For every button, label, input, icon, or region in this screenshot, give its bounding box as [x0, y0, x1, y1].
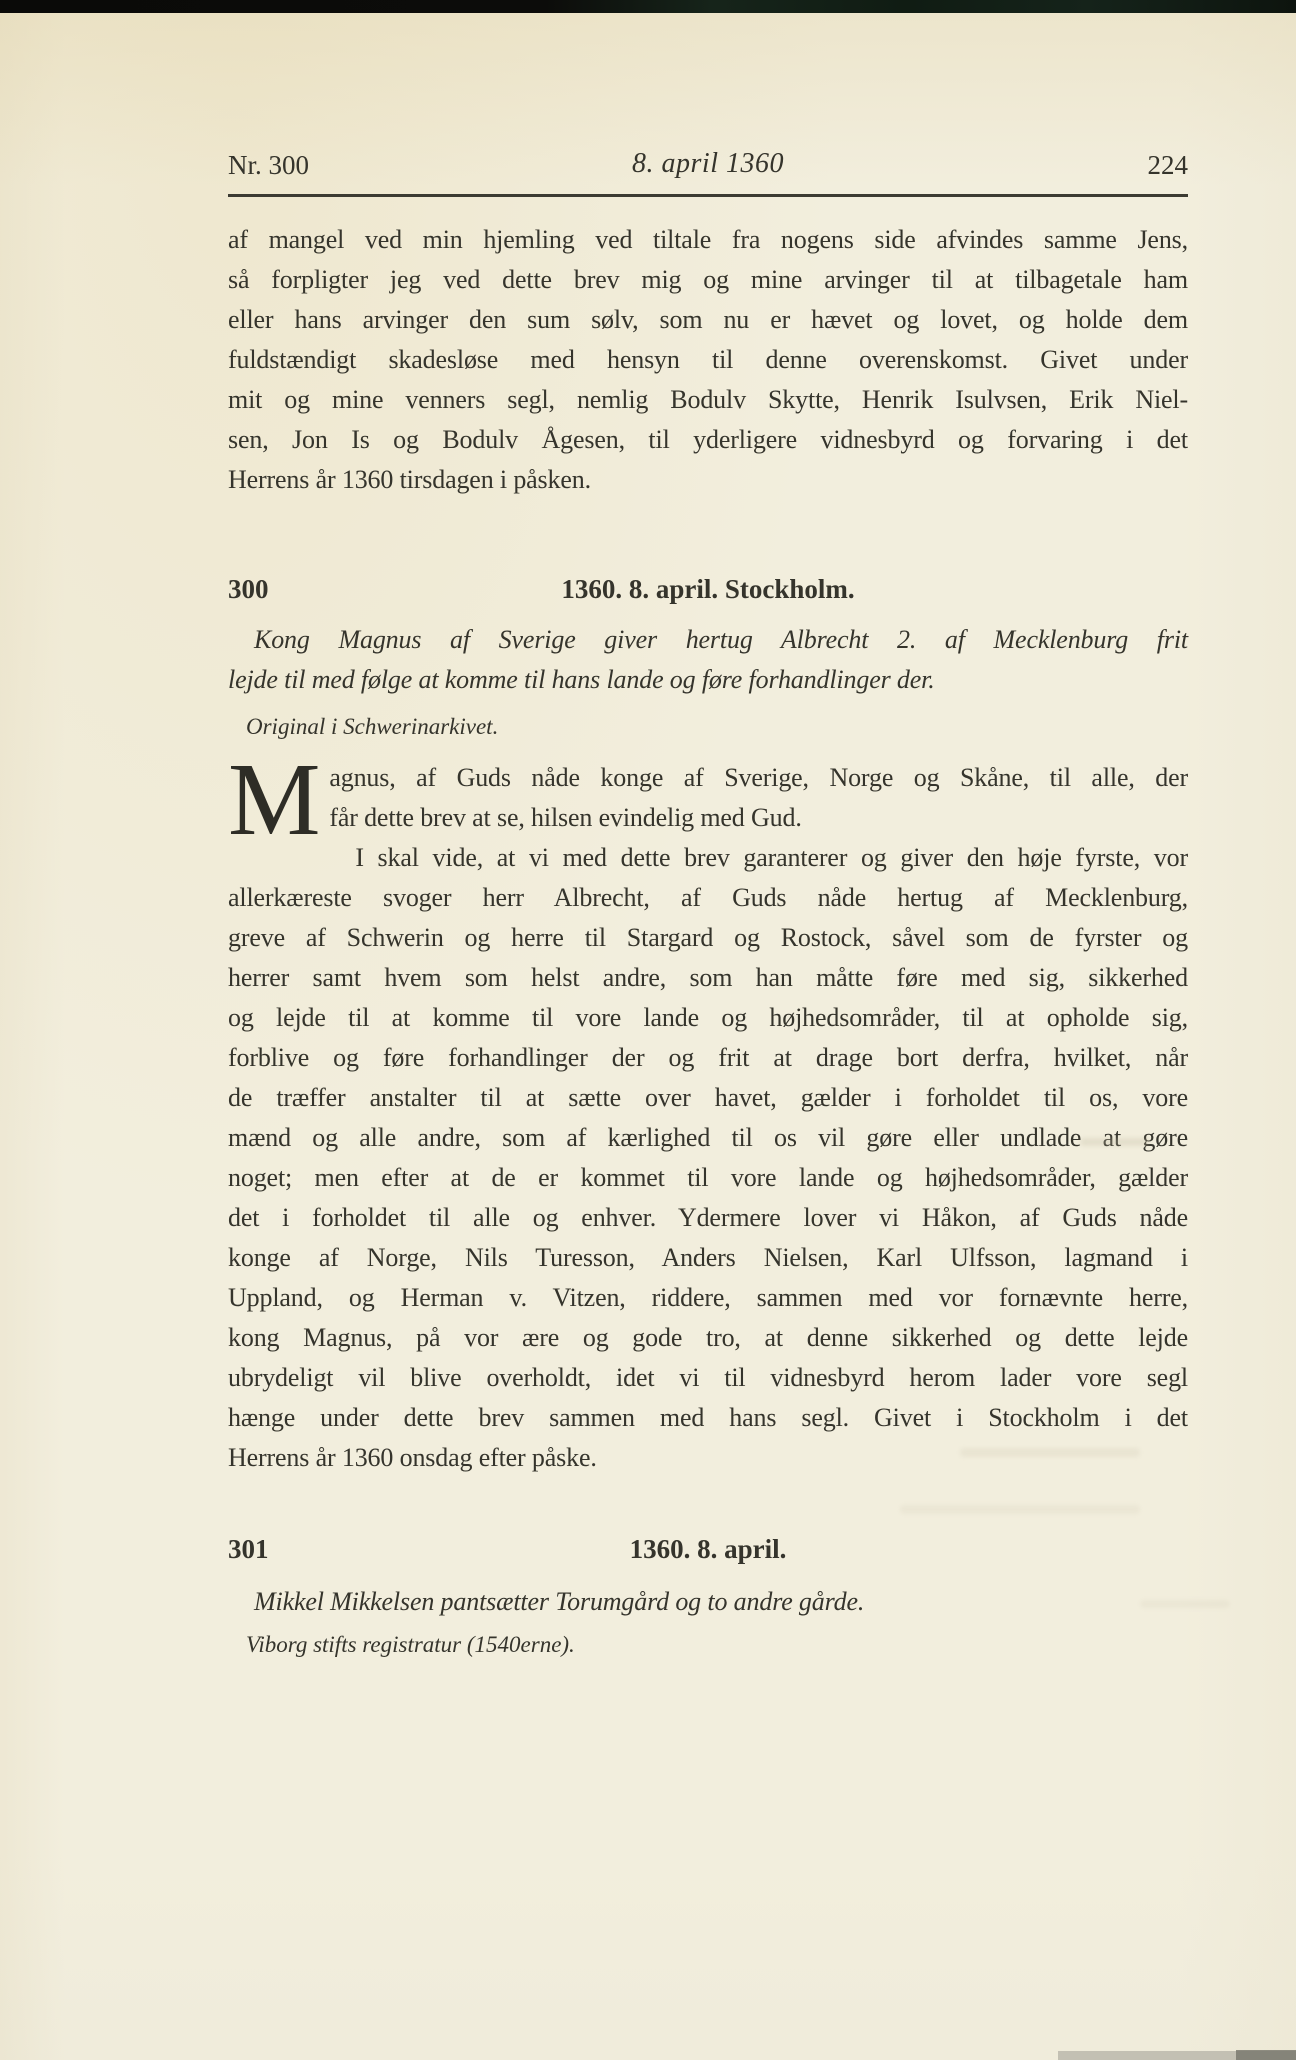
entry-300-date-place: 1360. 8. april. Stockholm. — [228, 574, 1188, 605]
entry-301-heading: 301 1360. 8. april. — [228, 1534, 1188, 1574]
text-line: I skal vide, at vi med dette brev garant… — [228, 838, 1188, 878]
entry-300-source-note: Original i Schwerinarkivet. — [228, 712, 1188, 742]
bleed-through-mark — [900, 1505, 1140, 1514]
text-line: allerkæreste svoger herr Albrecht, af Gu… — [228, 878, 1188, 918]
text-line: Herrens år 1360 tirsdagen i påsken. — [228, 460, 1188, 500]
entry-301-summary: Mikkel Mikkelsen pantsætter Torumgård og… — [228, 1582, 1188, 1622]
bleed-through-mark — [960, 1448, 1140, 1457]
running-header: Nr. 300 8. april 1360 224 — [228, 150, 1188, 188]
text-line: får dette brev at se, hilsen evindelig m… — [228, 798, 1188, 838]
entry-301-date: 1360. 8. april. — [228, 1534, 1188, 1565]
header-date: 8. april 1360 — [632, 148, 784, 180]
text-line: fuldstændigt skadesløse med hensyn til d… — [228, 340, 1188, 380]
scan-edge-bottom-dark — [1236, 2050, 1296, 2060]
header-entry-number: Nr. 300 — [228, 150, 309, 181]
text-line: eller hans arvinger den sum sølv, som nu… — [228, 300, 1188, 340]
text-line: agnus, af Guds nåde konge af Sverige, No… — [228, 758, 1188, 798]
entry-300-heading: 300 1360. 8. april. Stockholm. — [228, 574, 1188, 614]
bleed-through-mark — [1080, 1138, 1150, 1146]
text-line: det i forholdet til alle og enhver. Yder… — [228, 1198, 1188, 1238]
text-line: herrer samt hvem som helst andre, som ha… — [228, 958, 1188, 998]
text-line: af mangel ved min hjemling ved tiltale f… — [228, 220, 1188, 260]
bleed-through-mark — [1140, 1600, 1230, 1608]
text-line: Uppland, og Herman v. Vitzen, riddere, s… — [228, 1278, 1188, 1318]
text-line: greve af Schwerin og herre til Stargard … — [228, 918, 1188, 958]
header-rule — [228, 194, 1188, 197]
text-line: forblive og føre forhandlinger der og fr… — [228, 1038, 1188, 1078]
text-line: mit og mine venners segl, nemlig Bodulv … — [228, 380, 1188, 420]
dropcap-initial: M — [228, 760, 329, 840]
continuation-paragraph: af mangel ved min hjemling ved tiltale f… — [228, 220, 1188, 500]
text-line: så forpligter jeg ved dette brev mig og … — [228, 260, 1188, 300]
entry-300-number: 300 — [228, 574, 269, 605]
text-line: ubrydeligt vil blive overholdt, idet vi … — [228, 1358, 1188, 1398]
text-line: og lejde til at komme til vore lande og … — [228, 998, 1188, 1038]
text-line: hænge under dette brev sammen med hans s… — [228, 1398, 1188, 1438]
text-line: noget; men efter at de er kommet til vor… — [228, 1158, 1188, 1198]
scanned-book-page: Nr. 300 8. april 1360 224 af mangel ved … — [0, 0, 1296, 2060]
text-line: Kong Magnus af Sverige giver hertug Albr… — [228, 620, 1188, 660]
header-page-number: 224 — [1148, 150, 1189, 181]
text-line: kong Magnus, på vor ære og gode tro, at … — [228, 1318, 1188, 1358]
entry-300-summary: Kong Magnus af Sverige giver hertug Albr… — [228, 620, 1188, 700]
text-line: lejde til med følge at komme til hans la… — [228, 660, 1188, 700]
entry-301-number: 301 — [228, 1534, 269, 1565]
text-line: sen, Jon Is og Bodulv Ågesen, til yderli… — [228, 420, 1188, 460]
text-line: Herrens år 1360 onsdag efter påske. — [228, 1438, 1188, 1478]
entry-301-source-note: Viborg stifts registratur (1540erne). — [228, 1630, 1188, 1660]
text-line: de træffer anstalter til at sætte over h… — [228, 1078, 1188, 1118]
entry-300-body: M agnus, af Guds nåde konge af Sverige, … — [228, 758, 1188, 1478]
text-line: mænd og alle andre, som af kærlighed til… — [228, 1118, 1188, 1158]
scan-edge-top-bar — [0, 0, 1296, 13]
text-line: konge af Norge, Nils Turesson, Anders Ni… — [228, 1238, 1188, 1278]
